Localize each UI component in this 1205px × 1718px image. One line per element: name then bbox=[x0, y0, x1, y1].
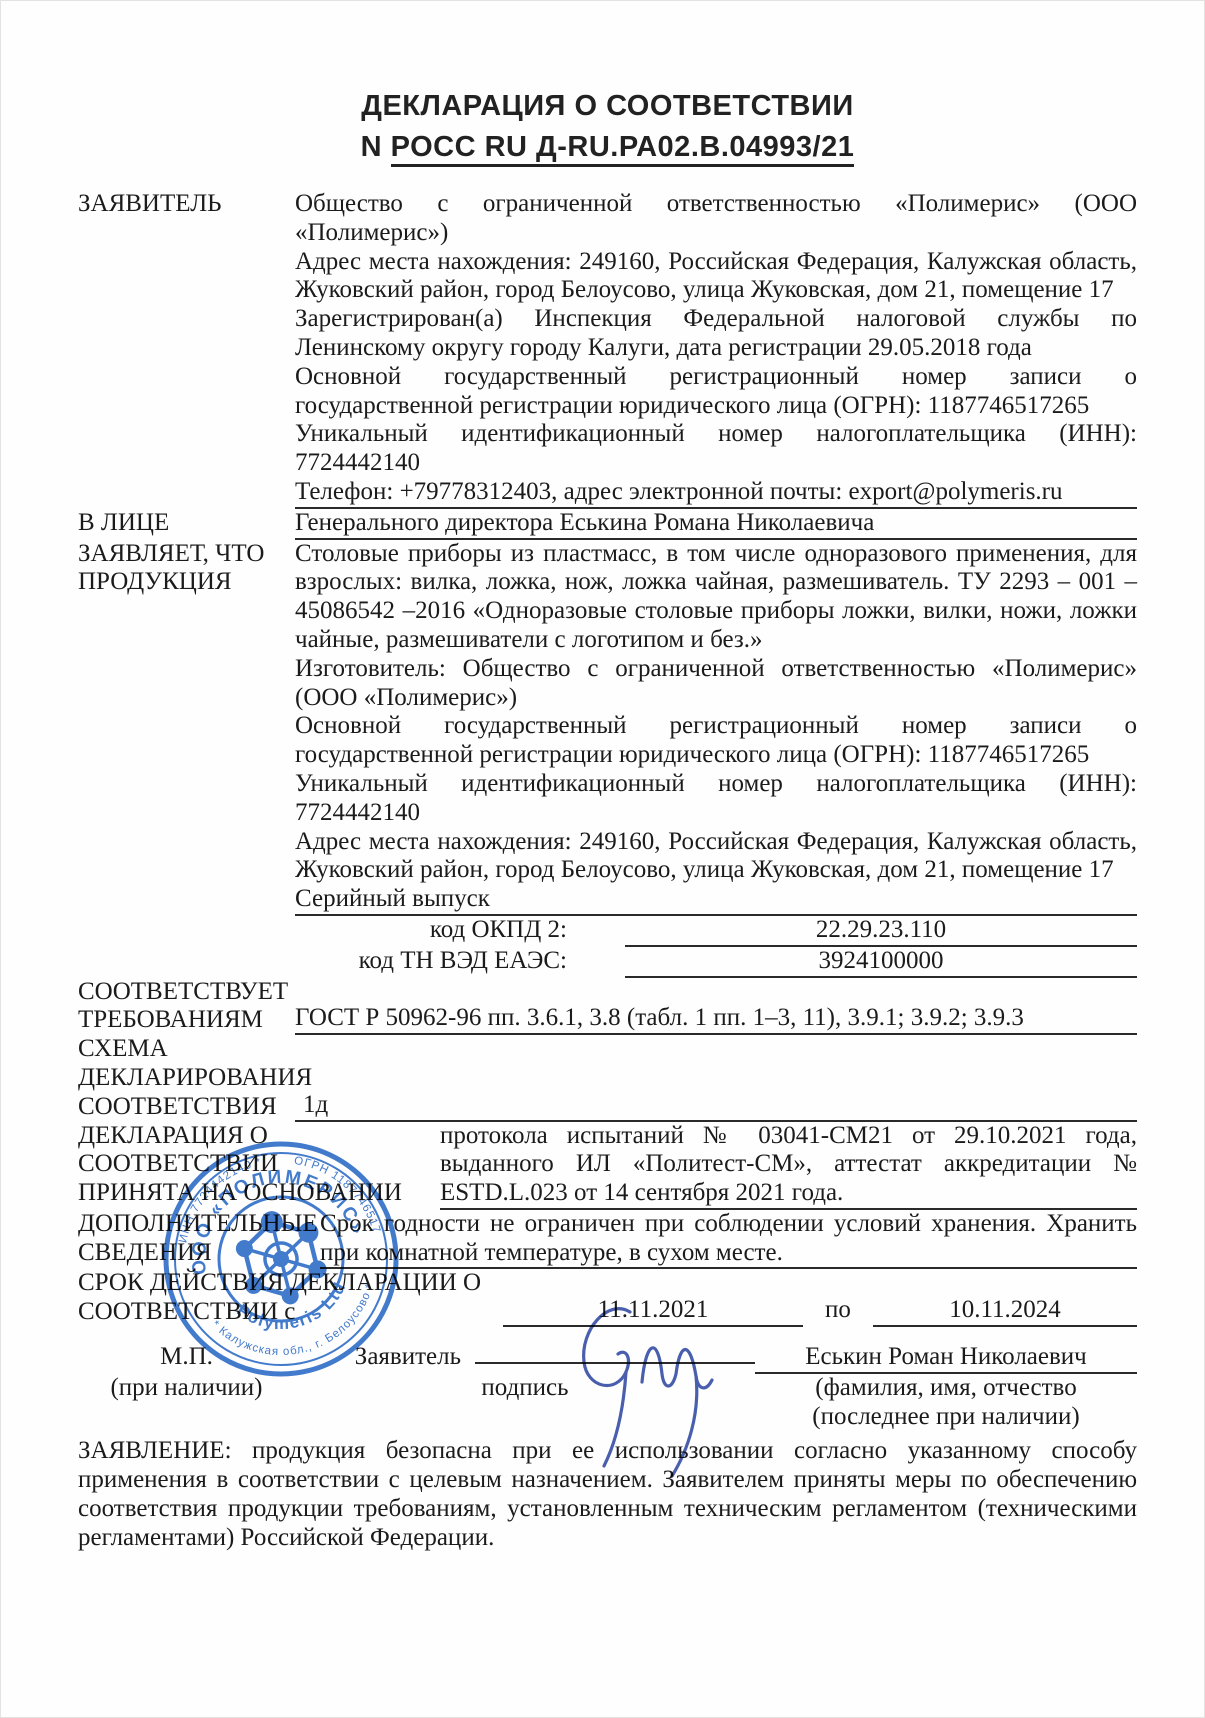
additional-label-line1: ДОПОЛНИТЕЛЬНЫЕ bbox=[78, 1210, 320, 1239]
tnved-value: 3924100000 bbox=[625, 947, 1137, 978]
product-label: ЗАЯВЛЯЕТ, ЧТО ПРОДУКЦИЯ bbox=[78, 540, 295, 598]
title-number-line: N РОСС RU Д-RU.РА02.В.04993/21 bbox=[78, 127, 1137, 168]
in-person-value: Генерального директора Еськина Романа Ни… bbox=[295, 509, 1137, 540]
stamp-place-note: (при наличии) bbox=[78, 1374, 295, 1403]
declaration-document: ДЕКЛАРАЦИЯ О СООТВЕТСТВИИ N РОСС RU Д-RU… bbox=[0, 0, 1205, 1718]
scheme-content: 1д bbox=[295, 1091, 1137, 1122]
declarant-registration: Зарегистрирован(а) Инспекция Федеральной… bbox=[295, 305, 1137, 363]
product-serial: Серийный выпуск bbox=[295, 885, 1137, 916]
additional-label-line2: СВЕДЕНИЯ bbox=[78, 1239, 320, 1268]
signature-captions: (при наличии) подпись (фамилия, имя, отч… bbox=[78, 1374, 1137, 1403]
tnved-line: код ТН ВЭД ЕАЭС: 3924100000 bbox=[295, 947, 1137, 978]
product-label-line1: ЗАЯВЛЯЕТ, ЧТО bbox=[78, 540, 295, 569]
applicant-name: Еськин Роман Николаевич bbox=[755, 1343, 1137, 1374]
section-codes: код ОКПД 2: 22.29.23.110 код ТН ВЭД ЕАЭС… bbox=[78, 916, 1137, 978]
conforms-content: ГОСТ Р 50962-96 пп. 3.6.1, 3.8 (табл. 1 … bbox=[295, 1004, 1137, 1035]
validity-date-to: 10.11.2024 bbox=[873, 1296, 1137, 1327]
statement-text: ЗАЯВЛЕНИЕ: продукция безопасна при ее ис… bbox=[78, 1437, 1137, 1552]
validity-dates: 11.11.2021 по 10.11.2024 bbox=[503, 1296, 1137, 1327]
declarant-ogrn: Основной государственный регистрационный… bbox=[295, 363, 1137, 421]
product-inn: Уникальный идентификационный номер налог… bbox=[295, 770, 1137, 828]
section-declarant: ЗАЯВИТЕЛЬ Общество с ограниченной ответс… bbox=[78, 190, 1137, 509]
product-manufacturer: Изготовитель: Общество с ограниченной от… bbox=[295, 655, 1137, 713]
section-validity: СРОК ДЕЙСТВИЯ ДЕКЛАРАЦИИ О СООТВЕТСТВИИ … bbox=[78, 1269, 1137, 1327]
tnved-label: код ТН ВЭД ЕАЭС: bbox=[295, 947, 595, 976]
scheme-label-line2: СООТВЕТСТВИЯ bbox=[78, 1093, 295, 1122]
scheme-value: 1д bbox=[295, 1091, 1137, 1122]
basis-value: протокола испытаний № 03041-СМ21 от 29.1… bbox=[440, 1122, 1137, 1210]
signature-row: М.П. Заявитель Еськин Роман Николаевич bbox=[78, 1333, 1137, 1374]
statement-section: ЗАЯВЛЕНИЕ: продукция безопасна при ее ис… bbox=[78, 1437, 1137, 1552]
stamp-place-label: М.П. bbox=[78, 1343, 295, 1372]
basis-label-line1: ДЕКЛАРАЦИЯ О СООТВЕТСТВИИ bbox=[78, 1122, 440, 1180]
applicant-label: Заявитель bbox=[295, 1343, 475, 1372]
product-address: Адрес места нахождения: 249160, Российск… bbox=[295, 828, 1137, 886]
basis-content: протокола испытаний № 03041-СМ21 от 29.1… bbox=[440, 1122, 1137, 1210]
declarant-phone-email: Телефон: +79778312403, адрес электронной… bbox=[295, 478, 1137, 509]
section-basis: ДЕКЛАРАЦИЯ О СООТВЕТСТВИИ ПРИНЯТА НА ОСН… bbox=[78, 1122, 1137, 1210]
title-number-prefix: N bbox=[361, 131, 391, 163]
declarant-inn: Уникальный идентификационный номер налог… bbox=[295, 420, 1137, 478]
scheme-label-line1: СХЕМА ДЕКЛАРИРОВАНИЯ bbox=[78, 1035, 295, 1093]
codes-content: код ОКПД 2: 22.29.23.110 код ТН ВЭД ЕАЭС… bbox=[295, 916, 1137, 978]
section-conforms: СООТВЕТСТВУЕТ ТРЕБОВАНИЯМ ГОСТ Р 50962-9… bbox=[78, 978, 1137, 1036]
title-line1: ДЕКЛАРАЦИЯ О СООТВЕТСТВИИ bbox=[78, 86, 1137, 127]
name-caption-line2: (последнее при наличии) bbox=[755, 1403, 1137, 1432]
declarant-content: Общество с ограниченной ответственностью… bbox=[295, 190, 1137, 509]
additional-value: Срок годности не ограничен при соблюдени… bbox=[320, 1210, 1137, 1270]
validity-label: СРОК ДЕЙСТВИЯ ДЕКЛАРАЦИИ О СООТВЕТСТВИИ … bbox=[78, 1269, 503, 1327]
in-person-content: Генерального директора Еськина Романа Ни… bbox=[295, 509, 1137, 540]
declarant-address: Адрес места нахождения: 249160, Российск… bbox=[295, 248, 1137, 306]
validity-to-word: по bbox=[803, 1296, 873, 1325]
additional-label: ДОПОЛНИТЕЛЬНЫЕ СВЕДЕНИЯ bbox=[78, 1210, 320, 1268]
conforms-label: СООТВЕТСТВУЕТ ТРЕБОВАНИЯМ bbox=[78, 978, 295, 1036]
title-number: РОСС RU Д-RU.РА02.В.04993/21 bbox=[391, 131, 855, 167]
section-additional: ДОПОЛНИТЕЛЬНЫЕ СВЕДЕНИЯ Срок годности не… bbox=[78, 1210, 1137, 1270]
product-content: Столовые приборы из пластмасс, в том чис… bbox=[295, 540, 1137, 916]
in-person-label: В ЛИЦЕ bbox=[78, 509, 295, 538]
product-description: Столовые приборы из пластмасс, в том чис… bbox=[295, 540, 1137, 655]
section-product: ЗАЯВЛЯЕТ, ЧТО ПРОДУКЦИЯ Столовые приборы… bbox=[78, 540, 1137, 916]
section-in-person: В ЛИЦЕ Генерального директора Еськина Ро… bbox=[78, 509, 1137, 540]
section-scheme: СХЕМА ДЕКЛАРИРОВАНИЯ СООТВЕТСТВИЯ 1д bbox=[78, 1035, 1137, 1121]
basis-label: ДЕКЛАРАЦИЯ О СООТВЕТСТВИИ ПРИНЯТА НА ОСН… bbox=[78, 1122, 440, 1208]
okpd-value: 22.29.23.110 bbox=[625, 916, 1137, 947]
additional-content: Срок годности не ограничен при соблюдени… bbox=[320, 1210, 1137, 1270]
okpd-line: код ОКПД 2: 22.29.23.110 bbox=[295, 916, 1137, 947]
conforms-value: ГОСТ Р 50962-96 пп. 3.6.1, 3.8 (табл. 1 … bbox=[295, 1004, 1137, 1035]
name-caption-line1: (фамилия, имя, отчество bbox=[755, 1374, 1137, 1403]
declarant-company: Общество с ограниченной ответственностью… bbox=[295, 190, 1137, 248]
scheme-label: СХЕМА ДЕКЛАРИРОВАНИЯ СООТВЕТСТВИЯ bbox=[78, 1035, 295, 1121]
product-label-line2: ПРОДУКЦИЯ bbox=[78, 568, 295, 597]
product-ogrn: Основной государственный регистрационный… bbox=[295, 712, 1137, 770]
okpd-label: код ОКПД 2: bbox=[295, 916, 595, 945]
document-title: ДЕКЛАРАЦИЯ О СООТВЕТСТВИИ N РОСС RU Д-RU… bbox=[78, 86, 1137, 168]
conforms-label-line2: ТРЕБОВАНИЯМ bbox=[78, 1006, 295, 1035]
validity-label-line1: СРОК ДЕЙСТВИЯ ДЕКЛАРАЦИИ О bbox=[78, 1269, 503, 1298]
declarant-label: ЗАЯВИТЕЛЬ bbox=[78, 190, 295, 219]
signature-captions-2: (последнее при наличии) bbox=[78, 1403, 1137, 1432]
conforms-label-line1: СООТВЕТСТВУЕТ bbox=[78, 978, 295, 1007]
basis-label-line2: ПРИНЯТА НА ОСНОВАНИИ bbox=[78, 1179, 440, 1208]
signature-caption: подпись bbox=[295, 1374, 755, 1403]
validity-date-from: 11.11.2021 bbox=[503, 1296, 803, 1327]
validity-label-line2: СООТВЕТСТВИИ с bbox=[78, 1298, 503, 1327]
signature-line bbox=[475, 1333, 755, 1364]
